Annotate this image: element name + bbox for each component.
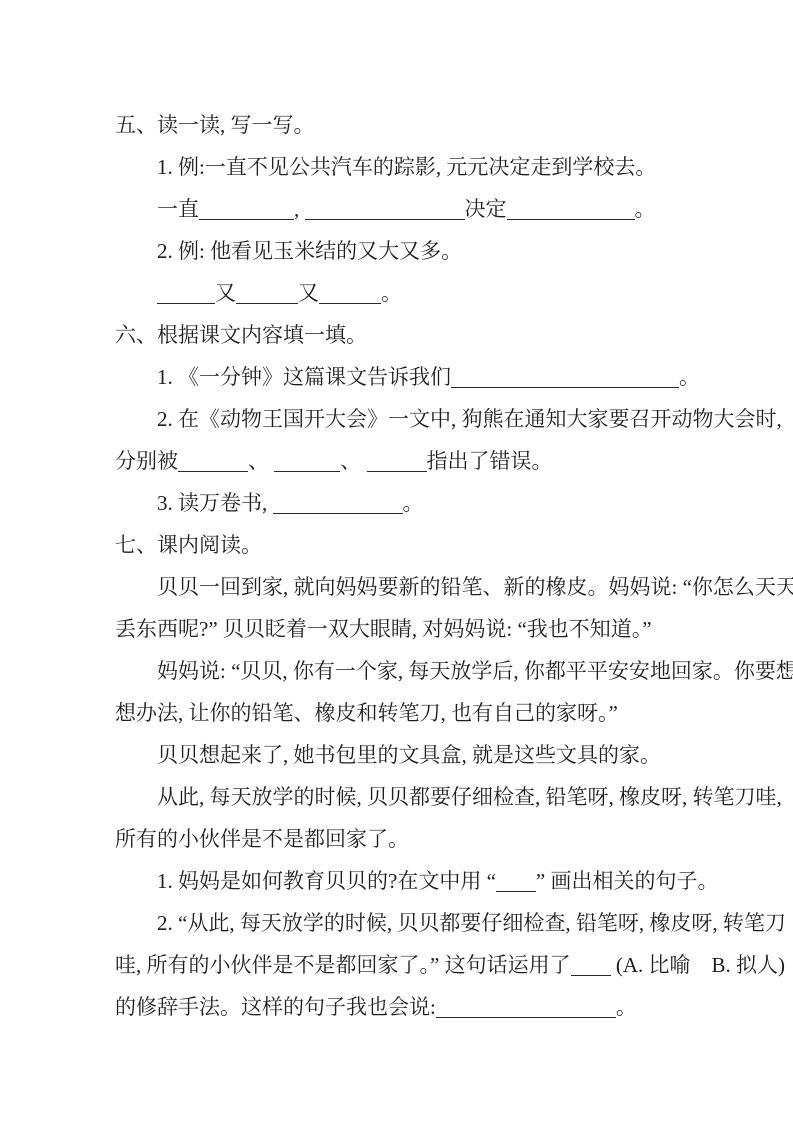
six-item2-pre: 分别被 bbox=[115, 449, 178, 473]
fill1-mid-text: 决定 bbox=[465, 197, 507, 221]
section-five-item1: 1. 例:一直不见公共汽车的踪影, 元元决定走到学校去。 bbox=[115, 146, 763, 188]
fill2-you2: 又 bbox=[298, 281, 319, 305]
q2-line3-pre: 的修辞手法。这样的句子我也会说: bbox=[115, 995, 436, 1019]
section-five-item2: 2. 例: 他看见玉米结的又大又多。 bbox=[115, 230, 763, 272]
section-six-item3: 3. 读万卷书, 。 bbox=[115, 482, 763, 524]
section-six-header: 六、根据课文内容填一填。 bbox=[115, 314, 763, 356]
question-2-line1: 2. “从此, 每天放学的时候, 贝贝都要仔细检查, 铅笔呀, 橡皮呀, 转笔刀 bbox=[115, 902, 763, 944]
fill-in-blank bbox=[451, 369, 679, 388]
fill-in-blank bbox=[199, 201, 294, 220]
section-five-fill-line2: 又又。 bbox=[115, 272, 763, 314]
section-six-item2-line1: 2. 在《动物王国开大会》一文中, 狗熊在通知大家要召开动物大会时, bbox=[115, 398, 763, 440]
q2-options: (A. 比喻 B. 拟人) bbox=[616, 953, 785, 977]
six-item3-period: 。 bbox=[403, 491, 424, 515]
passage-p3: 贝贝想起来了, 她书包里的文具盒, 就是这些文具的家。 bbox=[115, 734, 763, 776]
six-item2-comma2: 、 bbox=[340, 449, 366, 473]
passage-p1-line1: 贝贝一回到家, 就向妈妈要新的铅笔、新的橡皮。妈妈说: “你怎么天天 bbox=[115, 566, 763, 608]
fill1-pre-text: 一直 bbox=[157, 197, 199, 221]
section-six-item1: 1. 《一分钟》这篇课文告诉我们。 bbox=[115, 356, 763, 398]
section-six-item2-line2: 分别被、 、 指出了错误。 bbox=[115, 440, 763, 482]
section-five-header: 五、读一读, 写一写。 bbox=[115, 104, 763, 146]
q2-pre: 哇, 所有的小伙伴是不是都回家了。” 这句话运用了 bbox=[115, 953, 571, 977]
q1-post: ” 画出相关的句子。 bbox=[536, 869, 719, 893]
q2-line3-period: 。 bbox=[616, 995, 637, 1019]
worksheet-page: 五、读一读, 写一写。 1. 例:一直不见公共汽车的踪影, 元元决定走到学校去。… bbox=[0, 0, 793, 1122]
fill-in-blank bbox=[236, 285, 298, 304]
fill-in-blank bbox=[496, 873, 536, 892]
fill-in-blank bbox=[507, 201, 635, 220]
q1-pre: 1. 妈妈是如何教育贝贝的?在文中用 “ bbox=[157, 869, 496, 893]
question-1: 1. 妈妈是如何教育贝贝的?在文中用 “” 画出相关的句子。 bbox=[115, 860, 763, 902]
fill-in-blank bbox=[274, 453, 340, 472]
fill-in-blank bbox=[273, 495, 403, 514]
six-item2-comma1: 、 bbox=[248, 449, 274, 473]
question-2-line3: 的修辞手法。这样的句子我也会说:。 bbox=[115, 986, 763, 1028]
fill-in-blank bbox=[319, 285, 381, 304]
fill-in-blank bbox=[571, 957, 611, 976]
fill2-you1: 又 bbox=[215, 281, 236, 305]
passage-p2-line1: 妈妈说: “贝贝, 你有一个家, 每天放学后, 你都平平安安地回家。你要想 bbox=[115, 650, 763, 692]
passage-p4-line2: 所有的小伙伴是不是都回家了。 bbox=[115, 818, 763, 860]
section-seven-header: 七、课内阅读。 bbox=[115, 524, 763, 566]
six-item2-post: 指出了错误。 bbox=[427, 449, 553, 473]
fill1-period: 。 bbox=[635, 197, 656, 221]
question-2-line2: 哇, 所有的小伙伴是不是都回家了。” 这句话运用了 (A. 比喻 B. 拟人) bbox=[115, 944, 763, 986]
fill-in-blank bbox=[178, 453, 248, 472]
section-five-fill-line1: 一直, 决定。 bbox=[115, 188, 763, 230]
passage-p1-line2: 丢东西呢?” 贝贝眨着一双大眼睛, 对妈妈说: “我也不知道。” bbox=[115, 608, 763, 650]
fill2-period: 。 bbox=[381, 281, 402, 305]
six-item1-text: 1. 《一分钟》这篇课文告诉我们 bbox=[157, 365, 451, 389]
fill-in-blank bbox=[436, 999, 616, 1018]
fill-in-blank bbox=[367, 453, 427, 472]
six-item3-text: 3. 读万卷书, bbox=[157, 491, 267, 515]
passage-p2-line2: 想办法, 让你的铅笔、橡皮和转笔刀, 也有自己的家呀。” bbox=[115, 692, 763, 734]
fill-in-blank bbox=[305, 201, 465, 220]
six-item1-period: 。 bbox=[679, 365, 700, 389]
passage-p4-line1: 从此, 每天放学的时候, 贝贝都要仔细检查, 铅笔呀, 橡皮呀, 转笔刀哇, bbox=[115, 776, 763, 818]
fill-in-blank bbox=[157, 285, 215, 304]
fill1-comma: , bbox=[294, 197, 299, 221]
